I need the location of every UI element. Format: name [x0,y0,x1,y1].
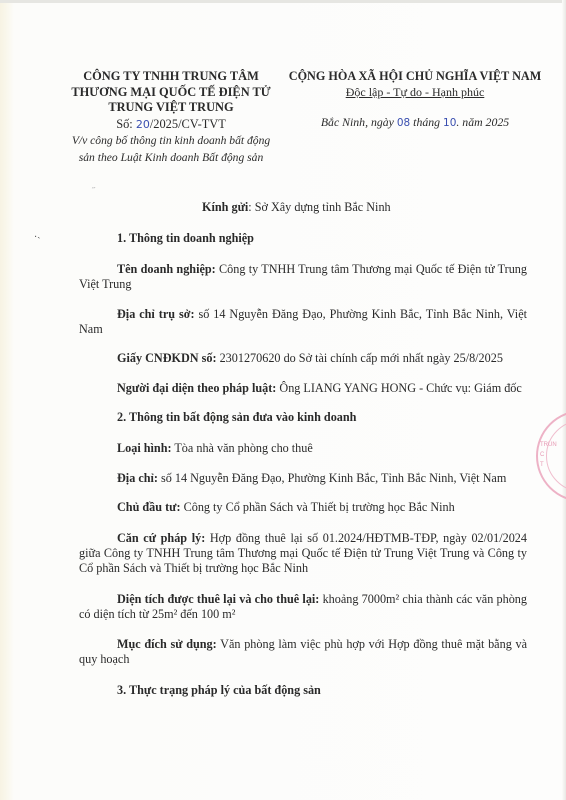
date-prefix: Bắc Ninh, ngày [321,115,397,129]
field-label: Giấy CNĐKDN số: [117,351,217,365]
subject-line-1: V/v công bố thông tin kinh doanh bất độn… [60,133,282,149]
section-1-title: 1. Thông tin doanh nghiệp [79,231,527,246]
motto-wrap: Độc lập - Tự do - Hạnh phúc [282,85,548,101]
national-header: CỘNG HÒA XÃ HỘI CHỦ NGHĨA VIỆT NAM Độc l… [282,69,548,132]
field-label: Người đại diện theo pháp luật: [117,381,276,395]
scan-edge-right [562,0,566,800]
field-label: Mục đích sử dụng: [117,637,217,651]
document-date: Bắc Ninh, ngày 08 tháng 10. năm 2025 [282,115,548,132]
doc-number-handwritten: 20 [136,118,150,131]
nation-title: CỘNG HÒA XÃ HỘI CHỦ NGHĨA VIỆT NAM [282,69,548,85]
address-field: Địa chỉ: số 14 Nguyễn Đăng Đạo, Phường K… [79,471,527,486]
day-handwritten: 08 [397,117,410,129]
section-3-title: 3. Thực trạng pháp lý của bất động sản [79,683,527,698]
field-label: Tên doanh nghiệp: [117,262,216,276]
scan-edge-top [0,0,566,3]
month-label: tháng [410,115,443,129]
stamp-text-line: C [540,450,566,460]
field-value: 2301270620 do Sở tài chính cấp mới nhất … [217,351,503,365]
recipient-value: : Sở Xây dựng tỉnh Bắc Ninh [248,200,390,214]
year-text: . năm 2025 [456,115,509,129]
legal-basis-field: Căn cứ pháp lý: Hợp đồng thuê lại số 01.… [79,531,527,577]
stamp-text-line: TRUN [540,440,566,450]
document-number: Số: 20/2025/CV-TVT [60,117,282,133]
field-value: Ông LIANG YANG HONG - Chức vụ: Giám đốc [276,381,521,395]
recipient-line: Kính gửi: Sở Xây dựng tỉnh Bắc Ninh [202,200,391,215]
scan-speck: ·˴ [34,232,41,243]
doc-number-prefix: Số: [116,117,136,131]
month-handwritten: 10 [443,117,456,129]
company-header: CÔNG TY TNHH TRUNG TÂM THƯƠNG MẠI QUỐC T… [60,69,282,165]
company-name-line-1: CÔNG TY TNHH TRUNG TÂM [60,69,282,85]
business-cert-field: Giấy CNĐKDN số: 2301270620 do Sở tài chí… [79,351,527,366]
purpose-field: Mục đích sử dụng: Văn phòng làm việc phù… [79,637,527,667]
company-name-line-2: THƯƠNG MẠI QUỐC TẾ ĐIỆN TỬ [60,85,282,101]
legal-rep-field: Người đại diện theo pháp luật: Ông LIANG… [79,381,527,396]
company-name-field: Tên doanh nghiệp: Công ty TNHH Trung tâm… [79,262,527,292]
field-value: Tòa nhà văn phòng cho thuê [172,441,313,455]
field-value: Công ty Cổ phần Sách và Thiết bị trường … [181,500,455,514]
field-value: số 14 Nguyễn Đăng Đạo, Phường Kinh Bắc, … [158,471,506,485]
field-label: Căn cứ pháp lý: [117,531,205,545]
property-type-field: Loại hình: Tòa nhà văn phòng cho thuê [79,441,527,456]
field-label: Chủ đầu tư: [117,500,181,514]
national-motto: Độc lập - Tự do - Hạnh phúc [346,85,485,99]
recipient-label: Kính gửi [202,200,248,214]
scan-speck: ˶ [92,182,95,193]
stamp-text: TRUN C T [540,440,566,470]
field-label: Địa chỉ: [117,471,158,485]
field-label: Diện tích được thuê lại và cho thuê lại: [117,592,319,606]
company-name-line-3: TRUNG VIỆT TRUNG [60,100,282,116]
stamp-text-line: T [540,460,566,470]
investor-field: Chủ đầu tư: Công ty Cổ phần Sách và Thiế… [79,500,527,515]
field-label: Địa chỉ trụ sở: [117,307,195,321]
subject-line-2: sản theo Luật Kinh doanh Bất động sản [60,150,282,166]
scanned-page: CÔNG TY TNHH TRUNG TÂM THƯƠNG MẠI QUỐC T… [0,0,566,800]
doc-number-suffix: /2025/CV-TVT [150,117,226,131]
field-label: Loại hình: [117,441,172,455]
area-field: Diện tích được thuê lại và cho thuê lại:… [79,592,527,622]
section-2-title: 2. Thông tin bất động sản đưa vào kinh d… [79,410,527,425]
head-office-field: Địa chỉ trụ sở: số 14 Nguyễn Đăng Đạo, P… [79,307,527,337]
